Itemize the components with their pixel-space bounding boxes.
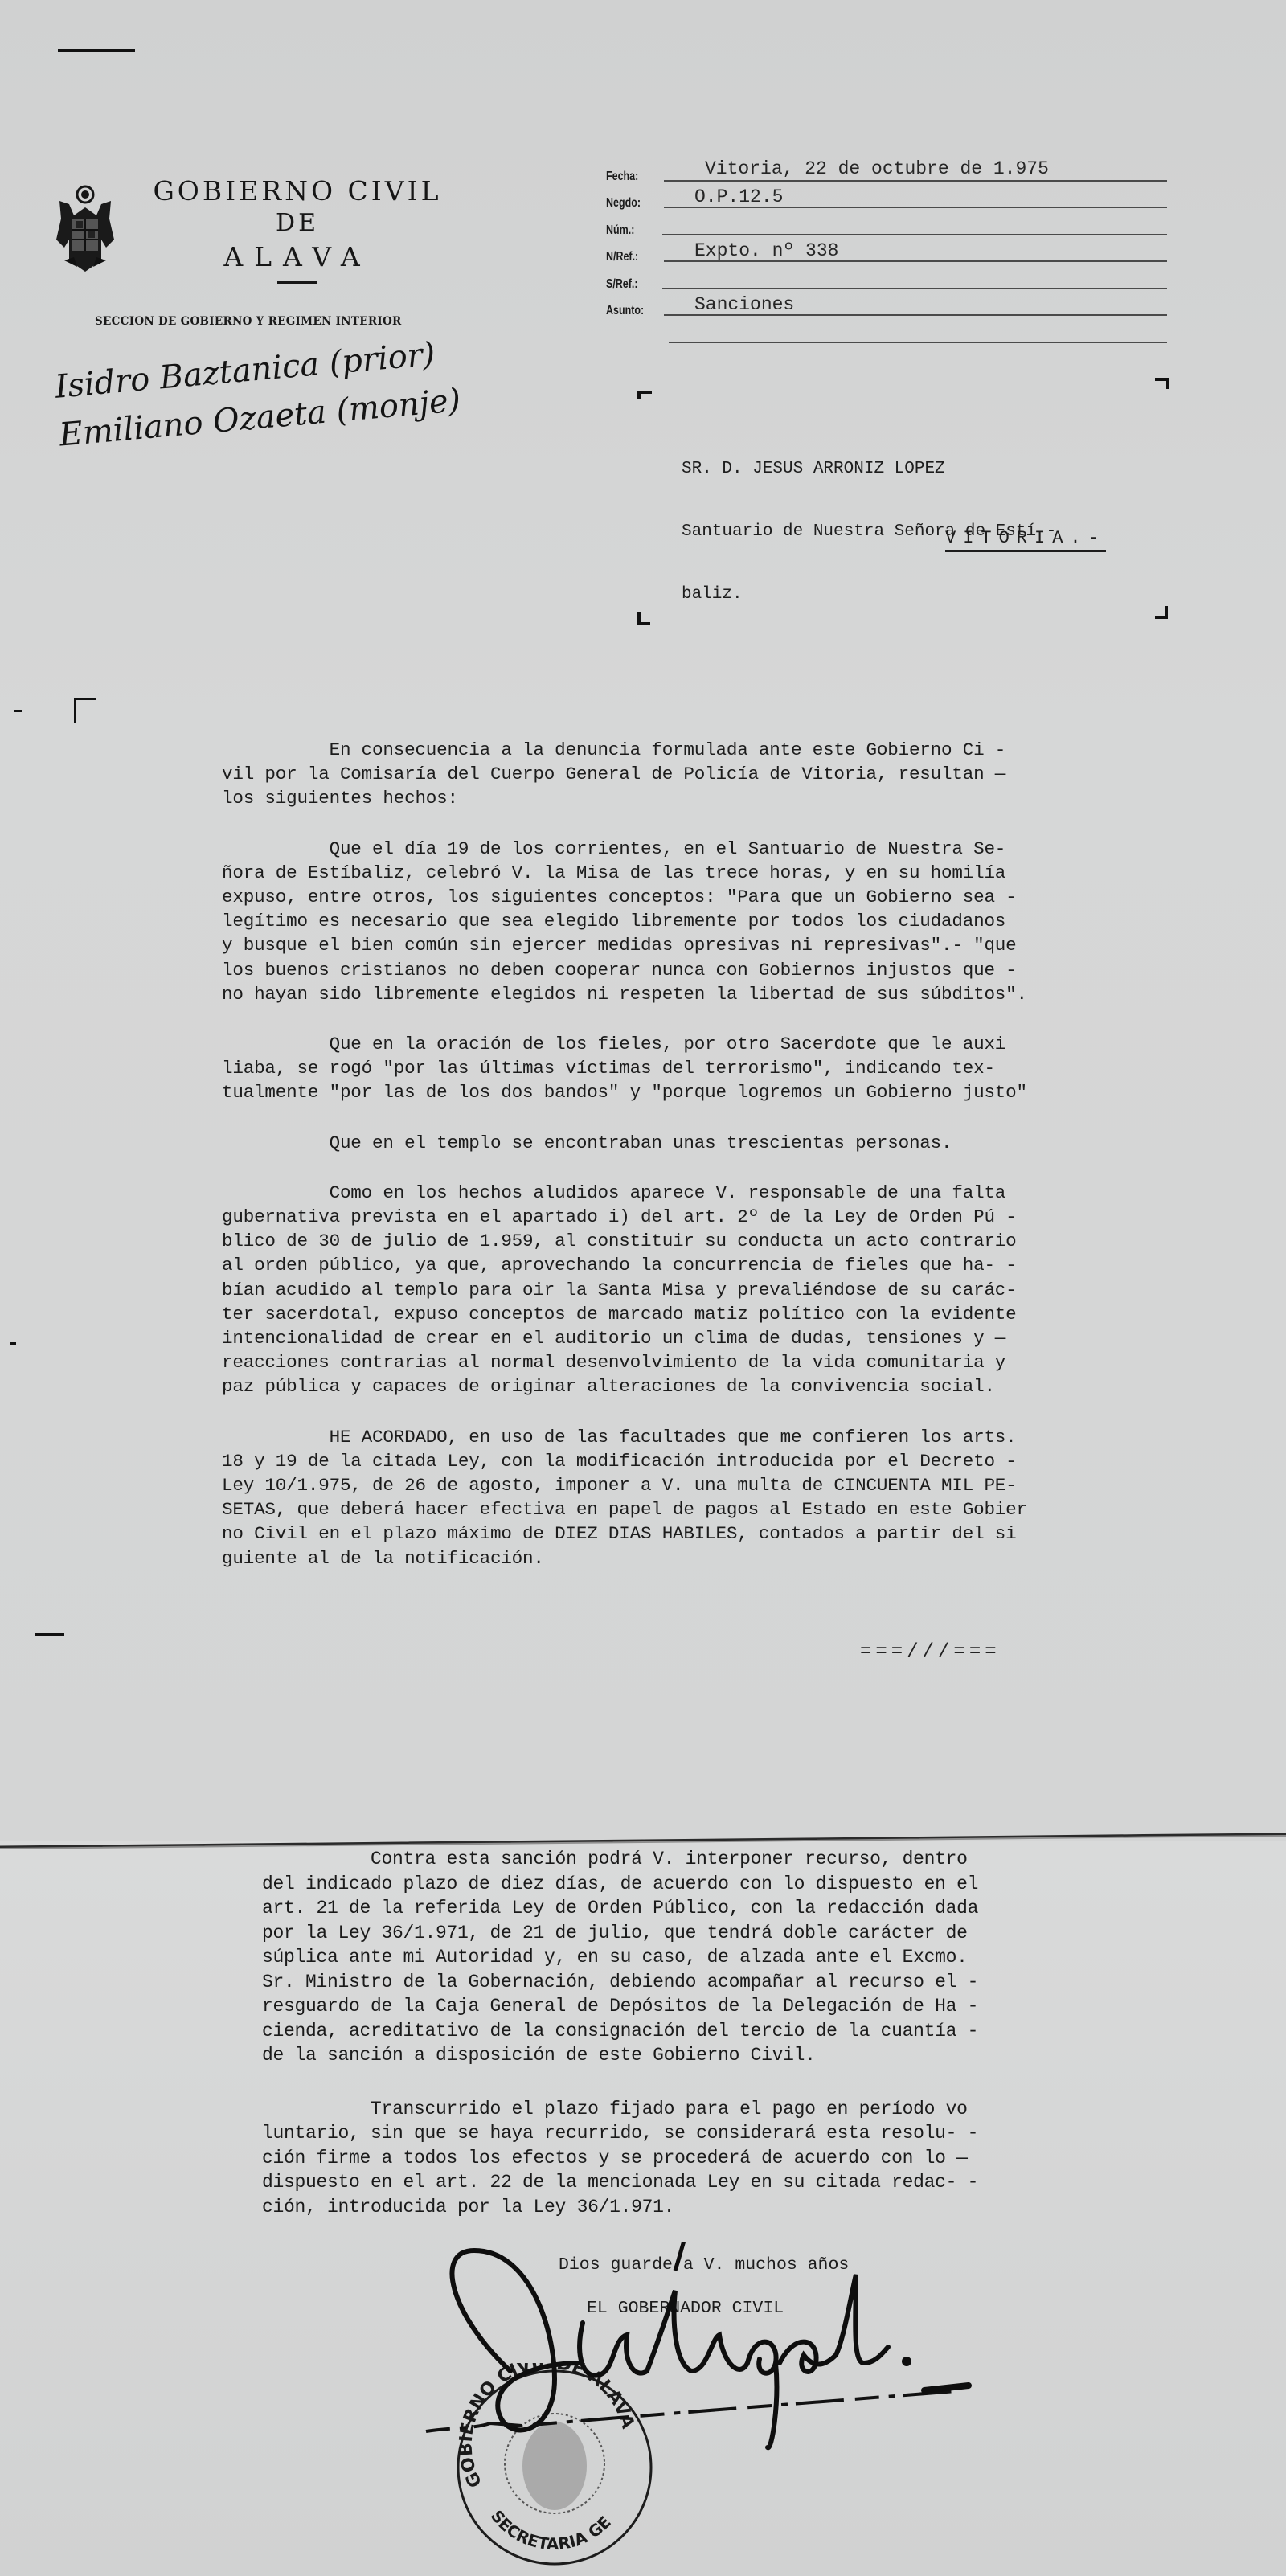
paragraph: En consecuencia a la denuncia formulada …	[222, 738, 1130, 811]
closing-mark: ===///===	[860, 1641, 1001, 1663]
margin-mark	[74, 698, 96, 700]
margin-mark	[14, 710, 22, 712]
ref-label: S/Ref.:	[606, 277, 638, 292]
text-line: 18 y 19 de la citada Ley, con la modific…	[222, 1449, 1130, 1473]
ref-label: Negdo:	[606, 196, 641, 211]
ref-value-fecha: Vitoria, 22 de octubre de 1.975	[705, 158, 1049, 179]
paragraph: Contra esta sanción podrá V. interponer …	[262, 1847, 1130, 2068]
letter-continuation: Contra esta sanción podrá V. interponer …	[262, 1847, 1130, 2219]
paragraph: Transcurrido el plazo fijado para el pag…	[262, 2097, 1130, 2220]
coat-of-arms-icon	[53, 183, 117, 273]
letterhead-rule	[277, 281, 317, 284]
ref-row-negdo: Negdo: O.P.12.5	[604, 186, 1167, 214]
text-line: Que el día 19 de los corrientes, en el S…	[222, 837, 1130, 861]
ref-label: Núm.:	[606, 223, 634, 238]
margin-mark	[58, 49, 135, 52]
recipient-name: SR. D. JESUS ARRONIZ LOPEZ	[682, 459, 1056, 480]
text-line: tualmente "por las de los dos bandos" y …	[222, 1080, 1130, 1104]
text-line: liaba, se rogó "por las últimas víctimas…	[222, 1056, 1130, 1080]
address-window-corner	[637, 391, 652, 399]
text-line: del indicado plazo de diez días, de acue…	[262, 1872, 1130, 1897]
ref-value-nref: Expto. nº 338	[694, 240, 838, 261]
text-line: no Civil en el plazo máximo de DIEZ DIAS…	[222, 1521, 1130, 1546]
text-line: HE ACORDADO, en uso de las facultades qu…	[222, 1425, 1130, 1449]
text-line: Que en la oración de los fieles, por otr…	[222, 1032, 1130, 1056]
margin-mark	[74, 698, 76, 723]
text-line: vil por la Comisaría del Cuerpo General …	[222, 762, 1130, 786]
text-line: legítimo es necesario que sea elegido li…	[222, 909, 1130, 933]
ref-line	[669, 342, 1167, 343]
text-line: los buenos cristianos no deben cooperar …	[222, 958, 1130, 982]
paragraph: Que en la oración de los fieles, por otr…	[222, 1032, 1130, 1105]
ref-row-sref: S/Ref.:	[604, 267, 1167, 294]
ref-label: Asunto:	[606, 304, 644, 318]
letter-body: En consecuencia a la denuncia formulada …	[222, 738, 1130, 1571]
text-line: paz pública y capaces de originar altera…	[222, 1374, 1130, 1399]
paragraph: Que en el templo se encontraban unas tre…	[222, 1131, 1130, 1155]
text-line: En consecuencia a la denuncia formulada …	[222, 738, 1130, 762]
text-line: gubernativa prevista en el apartado i) d…	[222, 1205, 1130, 1229]
text-line: de la sanción a disposición de este Gobi…	[262, 2043, 1130, 2068]
text-line: Contra esta sanción podrá V. interponer …	[262, 1847, 1130, 1872]
ref-line	[664, 180, 1167, 182]
text-line: los siguientes hechos:	[222, 786, 1130, 810]
text-line: art. 21 de la referida Ley de Orden Públ…	[262, 1896, 1130, 1921]
text-line: blico de 30 de julio de 1.959, al consti…	[222, 1229, 1130, 1253]
letterhead-title: GOBIERNO CIVIL DE ALAVA	[129, 175, 466, 284]
reference-form: Fecha: Vitoria, 22 de octubre de 1.975 N…	[604, 159, 1167, 348]
text-line: bían acudido al templo para oir la Santa…	[222, 1278, 1130, 1302]
recipient-city: VITORIA.-	[945, 528, 1106, 552]
text-line: ñora de Estíbaliz, celebró V. la Misa de…	[222, 861, 1130, 885]
text-line: al orden público, ya que, aprovechando l…	[222, 1253, 1130, 1277]
letterhead-section: SECCION DE GOBIERNO Y REGIMEN INTERIOR	[95, 315, 402, 328]
text-line: ter sacerdotal, expuso conceptos de marc…	[222, 1302, 1130, 1326]
address-window-corner	[637, 612, 650, 625]
recipient-address: SR. D. JESUS ARRONIZ LOPEZ Santuario de …	[682, 417, 1056, 626]
text-line: y busque el bien común sin ejercer medid…	[222, 933, 1130, 957]
text-line: ción, introducida por la Ley 36/1.971.	[262, 2195, 1130, 2220]
ref-row-num: Núm.:	[604, 213, 1167, 240]
margin-mark	[10, 1342, 16, 1345]
ref-line	[662, 288, 1167, 289]
text-line: Como en los hechos aludidos aparece V. r…	[222, 1181, 1130, 1205]
paragraph: HE ACORDADO, en uso de las facultades qu…	[222, 1425, 1130, 1571]
text-line: súplica ante mi Autoridad y, en su caso,…	[262, 1945, 1130, 1970]
text-line: ción firme a todos los efectos y se proc…	[262, 2146, 1130, 2171]
text-line: Transcurrido el plazo fijado para el pag…	[262, 2097, 1130, 2122]
paragraph: Como en los hechos aludidos aparece V. r…	[222, 1181, 1130, 1399]
ref-label: N/Ref.:	[606, 250, 638, 264]
letterhead-line1: GOBIERNO CIVIL	[129, 175, 466, 207]
text-line: Que en el templo se encontraban unas tre…	[222, 1131, 1130, 1155]
text-line: SETAS, que deberá hacer efectiva en pape…	[222, 1497, 1130, 1521]
ref-value-asunto: Sanciones	[694, 294, 794, 315]
text-line: intencionalidad de crear en el auditorio…	[222, 1326, 1130, 1350]
text-line: dispuesto en el art. 22 de la mencionada…	[262, 2170, 1130, 2195]
ref-line	[662, 234, 1167, 235]
text-line: resguardo de la Caja General de Depósito…	[262, 1994, 1130, 2019]
recipient-address-line2: baliz.	[682, 584, 1056, 605]
ref-row-blank	[604, 321, 1167, 348]
text-line: luntario, sin que se haya recurrido, se …	[262, 2121, 1130, 2146]
address-window-corner	[1155, 606, 1168, 619]
text-line: Ley 10/1.975, de 26 de agosto, imponer a…	[222, 1473, 1130, 1497]
text-line: cienda, acreditativo de la consignación …	[262, 2019, 1130, 2044]
margin-mark	[35, 1633, 64, 1636]
text-line: por la Ley 36/1.971, de 21 de julio, que…	[262, 1921, 1130, 1946]
paragraph: Que el día 19 de los corrientes, en el S…	[222, 837, 1130, 1006]
ref-label: Fecha:	[606, 170, 638, 184]
text-line: no hayan sido libremente elegidos ni res…	[222, 982, 1130, 1006]
ref-row-nref: N/Ref.: Expto. nº 338	[604, 240, 1167, 268]
text-line: Sr. Ministro de la Gobernación, debiendo…	[262, 1970, 1130, 1995]
letterhead-line2: DE	[129, 207, 466, 240]
signature-icon	[402, 2242, 1045, 2484]
ref-row-asunto: Asunto: Sanciones	[604, 294, 1167, 321]
ref-row-fecha: Fecha: Vitoria, 22 de octubre de 1.975	[604, 159, 1167, 186]
text-line: guiente al de la notificación.	[222, 1546, 1130, 1571]
text-line: reacciones contrarias al normal desenvol…	[222, 1350, 1130, 1374]
address-window-corner	[1155, 378, 1169, 389]
letterhead-line3: ALAVA	[129, 240, 466, 275]
text-line: expuso, entre otros, los siguientes conc…	[222, 885, 1130, 909]
ref-value-negdo: O.P.12.5	[694, 186, 783, 207]
